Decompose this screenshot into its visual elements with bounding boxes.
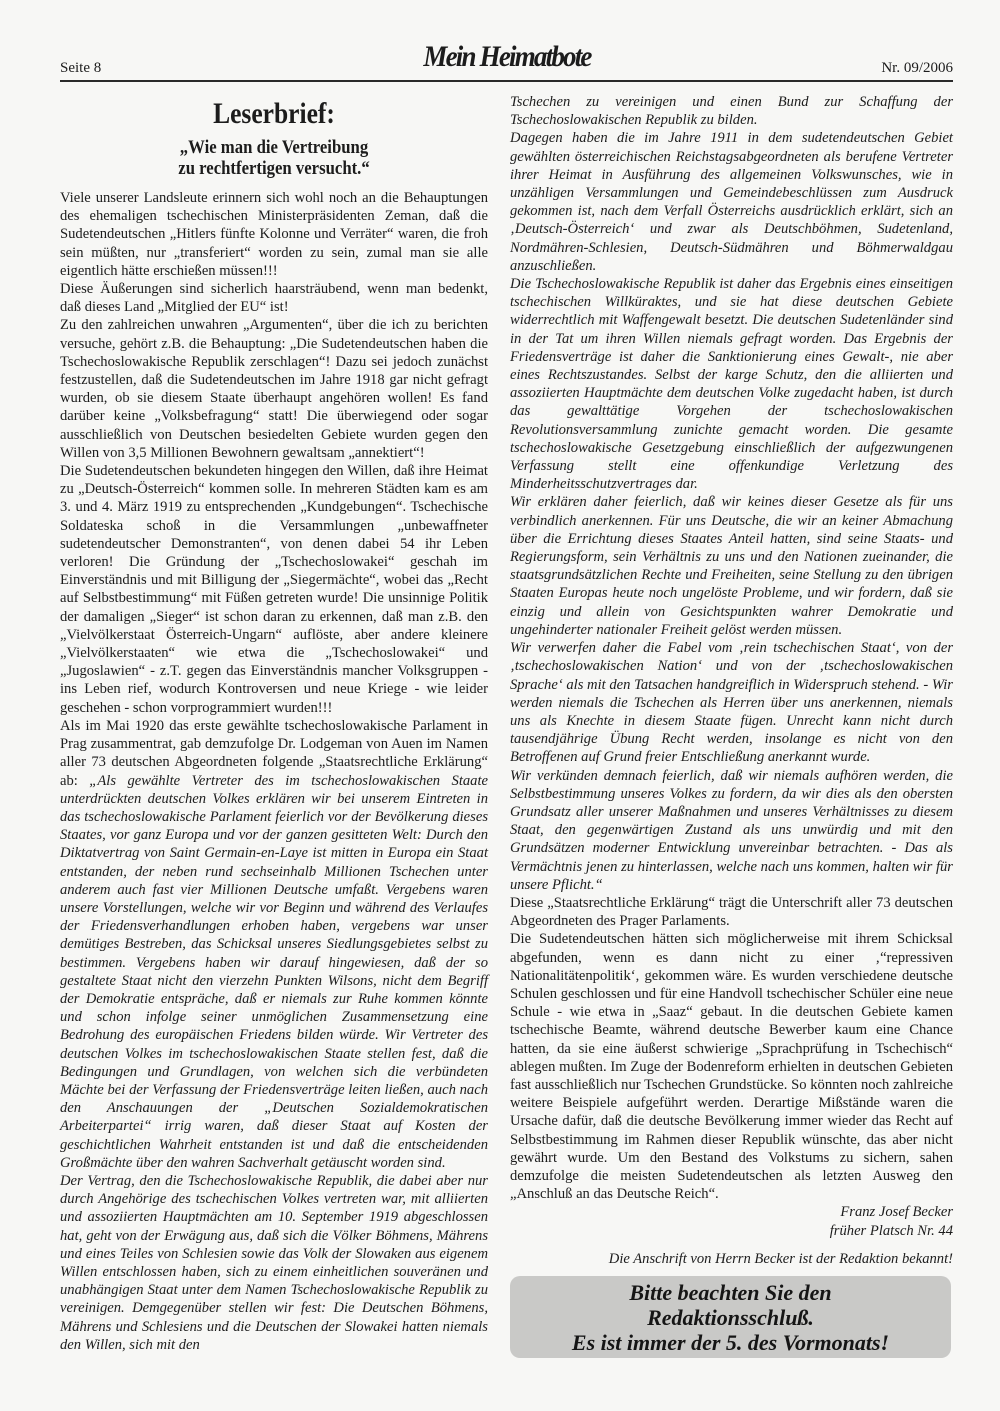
- subtitle-line-1: „Wie man die Vertreibung: [86, 137, 463, 158]
- declaration-paragraph: Wir verkünden demnach feierlich, daß wir…: [510, 767, 953, 894]
- page-number: Seite 8: [60, 60, 101, 77]
- left-column: Leserbrief: „Wie man die Vertreibung zu …: [60, 93, 488, 1354]
- notice-line-2: Redaktionsschluß.: [510, 1305, 951, 1330]
- issue-number: Nr. 09/2006: [881, 60, 953, 77]
- paragraph: Diese „Staatsrechtliche Erklärung“ trägt…: [510, 894, 953, 930]
- subtitle-line-2: zu rechtfertigen versucht.“: [86, 158, 463, 179]
- paragraph: Diese Äußerungen sind sicherlich haarstr…: [60, 280, 488, 316]
- page-header: Seite 8 Mein Heimatbote Nr. 09/2006: [60, 30, 953, 82]
- masthead-logo: Mein Heimatbote: [423, 40, 590, 74]
- paragraph: Viele unserer Landsleute erinnern sich w…: [60, 189, 488, 280]
- declaration-paragraph: Tschechen zu vereinigen und einen Bund z…: [510, 93, 953, 129]
- article-subtitle: „Wie man die Vertreibung zu rechtfertige…: [86, 137, 463, 179]
- article-title: Leserbrief:: [92, 97, 456, 131]
- paragraph: Die Sudetendeutschen bekundeten hingegen…: [60, 462, 488, 717]
- deadline-notice-box: Bitte beachten Sie den Redaktionsschluß.…: [510, 1276, 951, 1358]
- notice-line-3: Es ist immer der 5. des Vormonats!: [510, 1330, 951, 1355]
- declaration-paragraph: Dagegen haben die im Jahre 1911 in dem s…: [510, 129, 953, 275]
- editorial-note: Die Anschrift von Herrn Becker ist der R…: [510, 1250, 953, 1268]
- declaration-paragraph: Wir verwerfen daher die Fabel vom ‚rein …: [510, 639, 953, 766]
- declaration-paragraph: Als im Mai 1920 das erste gewählte tsche…: [60, 717, 488, 1172]
- author-name: Franz Josef Becker: [510, 1203, 953, 1221]
- author-note: früher Platsch Nr. 44: [510, 1222, 953, 1240]
- notice-line-1: Bitte beachten Sie den: [510, 1280, 951, 1305]
- declaration-paragraph: Wir erklären daher feierlich, daß wir ke…: [510, 493, 953, 639]
- declaration-paragraph: Der Vertrag, den die Tschechoslowakische…: [60, 1172, 488, 1354]
- right-column: Tschechen zu vereinigen und einen Bund z…: [510, 93, 953, 1268]
- declaration-quote: „Als gewählte Vertreter des im tschechos…: [60, 773, 488, 1171]
- paragraph: Zu den zahlreichen unwahren „Argumenten“…: [60, 316, 488, 462]
- declaration-paragraph: Die Tschechoslowakische Republik ist dah…: [510, 275, 953, 493]
- paragraph: Die Sudetendeutschen hätten sich möglich…: [510, 930, 953, 1203]
